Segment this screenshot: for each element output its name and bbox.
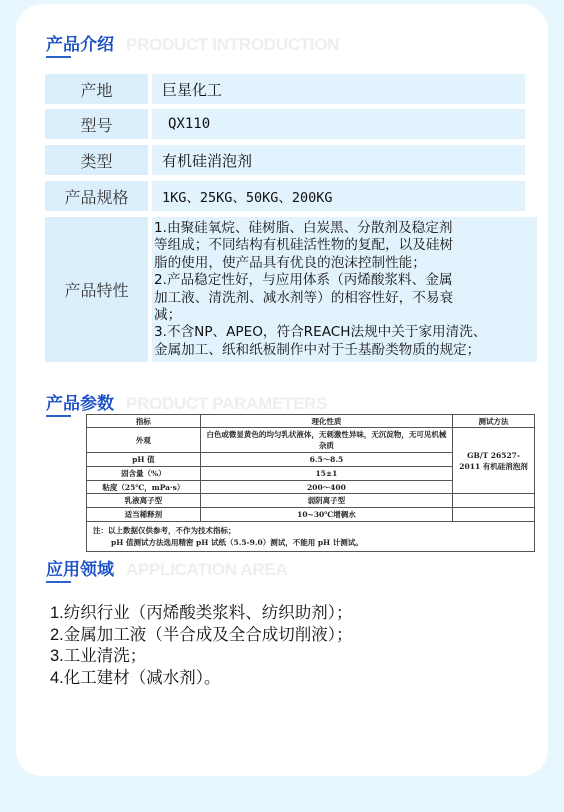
params-note-line: pH 值测试方法选用精密 pH 试纸（5.5-9.0）测试，不能用 pH 计测试… — [93, 537, 528, 549]
section-title-application: 应用领域 APPLICATION AREA — [46, 555, 287, 580]
row-label: 产品规格 — [45, 181, 148, 211]
intro-row-type: 类型 有机硅消泡剂 — [45, 145, 525, 175]
features-line: 1.由聚硅氧烷、硅树脂、白炭黑、分散剂及稳定剂 — [154, 220, 537, 237]
section-underline — [46, 56, 71, 58]
section-underline — [46, 415, 71, 417]
params-value: 6.5～8.5 — [200, 453, 452, 467]
params-value: 15±1 — [200, 467, 452, 481]
params-item: 适当稀释剂 — [87, 508, 201, 522]
params-item: 粘度（25℃，mPa·s） — [87, 481, 201, 494]
features-line: 2.产品稳定性好，与应用体系（丙烯酸浆料、金属 — [154, 272, 537, 289]
features-line: 金属加工、纸和纸板制作中对于壬基酚类物质的规定； — [154, 342, 537, 359]
params-header: 测试方法 — [453, 415, 535, 428]
section-title-cn: 应用领域 — [46, 555, 114, 580]
application-item: 3.工业清洗； — [50, 646, 353, 668]
intro-row-model: 型号 QX110 — [45, 109, 525, 139]
params-row: 外观 白色或微显黄色的均匀乳状液体，无刺激性异味，无沉淀物，无可见机械杂质 GB… — [87, 428, 535, 453]
features-line: 减； — [154, 307, 537, 324]
params-row: 适当稀释剂 10~30℃增稠水 — [87, 508, 535, 522]
params-value: 10~30℃增稠水 — [200, 508, 452, 522]
params-note-line: 注：以上数据仅供参考，不作为技术指标； — [93, 525, 528, 537]
features-line: 等组成；不同结构有机硅活性物的复配，以及硅树 — [154, 237, 537, 254]
intro-row-origin: 产地 巨星化工 — [45, 74, 525, 104]
params-value: 白色或微显黄色的均匀乳状液体，无刺激性异味，无沉淀物，无可见机械杂质 — [200, 428, 452, 453]
section-title-en: PRODUCT INTRODUCTION — [126, 35, 339, 55]
row-label: 产品特性 — [45, 217, 148, 362]
params-method: GB/T 26527-2011 有机硅消泡剂 — [453, 428, 535, 494]
params-item: 外观 — [87, 428, 201, 453]
params-item: 乳液离子型 — [87, 494, 201, 508]
application-list: 1.纺织行业（丙烯酸类浆料、纺织助剂）； 2.金属加工液（半合成及全合成切削液）… — [50, 603, 353, 689]
params-method-empty — [453, 508, 535, 522]
params-table: 指标 理化性质 测试方法 外观 白色或微显黄色的均匀乳状液体，无刺激性异味，无沉… — [86, 414, 535, 552]
section-title-en: APPLICATION AREA — [126, 560, 287, 580]
section-title-cn: 产品参数 — [46, 389, 114, 414]
row-label: 类型 — [45, 145, 148, 175]
row-value: 1KG、25KG、50KG、200KG — [152, 181, 525, 211]
features-line: 3.不含NP、APEO，符合REACH法规中关于家用清洗、 — [154, 324, 537, 341]
application-item: 2.金属加工液（半合成及全合成切削液）； — [50, 625, 353, 647]
section-underline — [46, 581, 71, 583]
params-item: pH 值 — [87, 453, 201, 467]
params-header: 指标 — [87, 415, 201, 428]
params-value: 弱阴离子型 — [200, 494, 452, 508]
params-item: 固含量（%） — [87, 467, 201, 481]
row-value: 有机硅消泡剂 — [152, 145, 525, 175]
section-title-cn: 产品介绍 — [46, 30, 114, 55]
features-text: 1.由聚硅氧烷、硅树脂、白炭黑、分散剂及稳定剂 等组成；不同结构有机硅活性物的复… — [152, 217, 537, 362]
intro-row-features: 产品特性 1.由聚硅氧烷、硅树脂、白炭黑、分散剂及稳定剂 等组成；不同结构有机硅… — [45, 217, 537, 362]
intro-row-spec: 产品规格 1KG、25KG、50KG、200KG — [45, 181, 525, 211]
section-title-params: 产品参数 PRODUCT PARAMETERS — [46, 389, 327, 414]
application-item: 4.化工建材（减水剂）。 — [50, 668, 353, 690]
params-value: 200～400 — [200, 481, 452, 494]
params-row: 乳液离子型 弱阴离子型 — [87, 494, 535, 508]
row-label: 产地 — [45, 74, 148, 104]
params-header-row: 指标 理化性质 测试方法 — [87, 415, 535, 428]
application-item: 1.纺织行业（丙烯酸类浆料、纺织助剂）； — [50, 603, 353, 625]
params-note: 注：以上数据仅供参考，不作为技术指标； pH 值测试方法选用精密 pH 试纸（5… — [87, 522, 535, 552]
row-label: 型号 — [45, 109, 148, 139]
row-value: 巨星化工 — [152, 74, 525, 104]
params-header: 理化性质 — [200, 415, 452, 428]
params-note-row: 注：以上数据仅供参考，不作为技术指标； pH 值测试方法选用精密 pH 试纸（5… — [87, 522, 535, 552]
section-title-en: PRODUCT PARAMETERS — [126, 394, 327, 414]
features-line: 加工液、清洗剂、减水剂等）的相容性好，不易衰 — [154, 290, 537, 307]
row-value: QX110 — [152, 109, 525, 139]
section-title-intro: 产品介绍 PRODUCT INTRODUCTION — [46, 30, 339, 55]
params-method-empty — [453, 494, 535, 508]
features-line: 脂的使用，使产品具有优良的泡沫控制性能； — [154, 255, 537, 272]
